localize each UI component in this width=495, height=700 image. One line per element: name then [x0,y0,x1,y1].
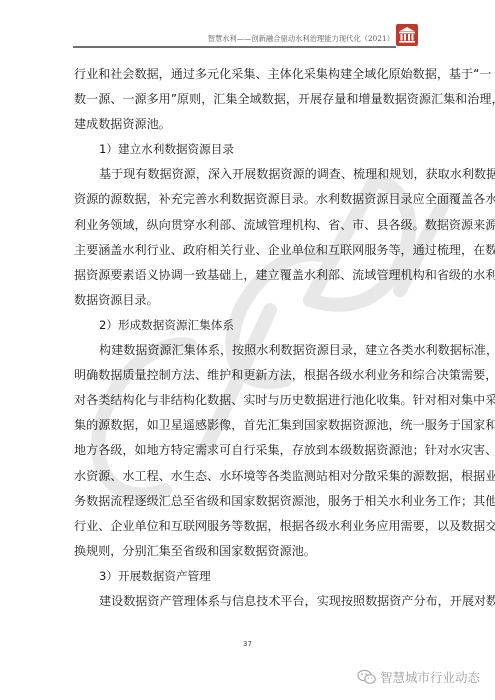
text-line: 利业务领域，纵向贯穿水利部、流域管理机构、省、市、县各级。数据资源来源 [74,213,422,238]
text-line: 明确数据质量控制方法、维护和更新方法，根据各级水利业务和综合决策需要， [74,363,422,388]
text-line: 建成数据资源池。 [74,112,422,137]
institution-building-icon [396,24,418,46]
footer-brand-text: 智慧城市行业动态 [380,668,480,686]
text-line: 务数据流程逐级汇总至省级和国家数据资源池，服务于相关水利业务工作；其他 [74,489,422,514]
page-number: 37 [243,640,252,648]
text-line: 资源的源数据，补充完善水利数据资源目录。水利数据资源目录应全面覆盖各水 [74,187,422,212]
text-line: 数据资源目录。 [74,288,422,313]
text-line: 行业和社会数据，通过多元化采集、主体化采集构建全域化原始数据，基于“一 [74,62,422,87]
wechat-icon [357,669,377,685]
text-line: 地方各级，如地方特定需求可自行采集，存放到本级数据资源池；针对水灾害、 [74,438,422,463]
text-line: 换规则，分别汇集至省级和国家数据资源池。 [74,539,422,564]
text-line: 据资源要素语义协调一致基础上，建立覆盖水利部、流域管理机构和省级的水利 [74,263,422,288]
body-text: 行业和社会数据，通过多元化采集、主体化采集构建全域化原始数据，基于“一 数一源、… [74,62,422,614]
running-header: 智慧水利——创新融合驱动水利治理能力现代化（2021） [73,28,396,48]
text-line: 对各类结构化与非结构化数据、实时与历史数据进行池化收集。针对相对集中采 [74,388,422,413]
text-line: 主要涵盖水利行业、政府相关行业、企业单位和互联网服务等，通过梳理，在数 [74,238,422,263]
footer-brand: 智慧城市行业动态 [357,668,480,686]
text-line: 构建数据资源汇集体系，按照水利数据资源目录，建立各类水利数据标准， [74,338,422,363]
text-line: 集的源数据，如卫星遥感影像，首先汇集到国家数据资源池，统一服务于国家和 [74,413,422,438]
text-line: 行业、企业单位和互联网服务等数据，根据各级水利业务应用需要，以及数据交 [74,514,422,539]
text-line: 基于现有数据资源，深入开展数据资源的调查、梳理和规划，获取水利数据 [74,162,422,187]
text-line: 水资源、水工程、水生态、水环境等各类监测站相对分散采集的源数据，根据业 [74,464,422,489]
text-line: 建设数据资产管理体系与信息技术平台，实现按照数据资产分布，开展对数 [74,589,422,614]
section-heading: 3）开展数据资产管理 [74,564,422,589]
section-heading: 1）建立水利数据资源目录 [74,137,422,162]
header-title: 智慧水利——创新融合驱动水利治理能力现代化（2021） [208,34,394,44]
section-heading: 2）形成数据资源汇集体系 [74,313,422,338]
document-page: 智慧水利——创新融合驱动水利治理能力现代化（2021） 行业和社会数据，通过多元… [0,0,495,700]
text-line: 数一源、一源多用”原则，汇集全域数据，开展存量和增量数据资源汇集和治理， [74,87,422,112]
